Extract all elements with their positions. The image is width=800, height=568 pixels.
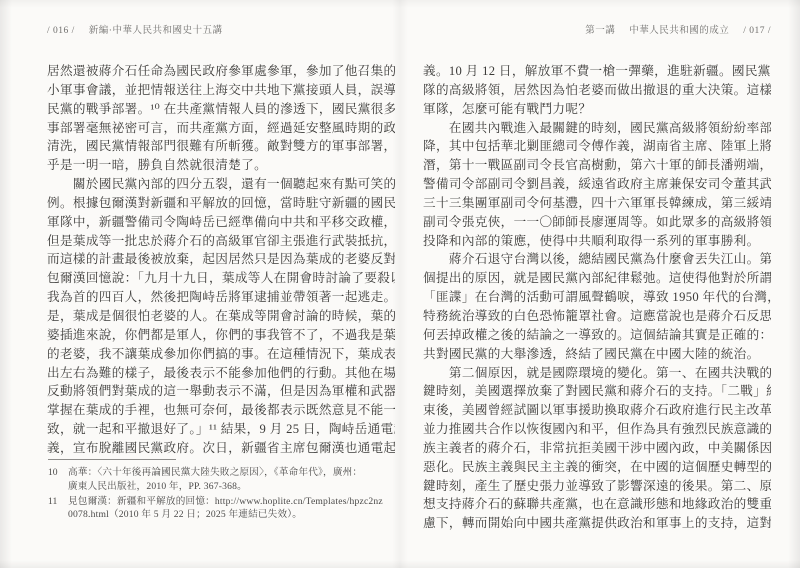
text-line: 蔣介石退守台灣以後，總結國民黨為什麼會丟失江山。第一 — [423, 250, 771, 269]
text-line: 小軍事會議，並把情報送往上海交中共地下黨接頭人員，誤導國 — [47, 81, 395, 100]
footnote-divider — [48, 459, 176, 460]
text-line: 何丟掉政權之後的結論之一導致的。這個結論其實是正確的：中 — [423, 326, 771, 345]
chapter-title: 中華人民共和國的成立 — [629, 26, 729, 36]
text-line: 居然還被蔣介石任命為國民政府參軍處參軍，參加了他召集的大 — [47, 62, 395, 81]
left-page-number: / 016 / — [47, 26, 75, 36]
footnotes: 10高華：〈六十年後再論國民黨大陸失敗之原因〉，《革命年代》，廣州：廣東人民出版… — [48, 466, 395, 523]
text-line: 掌握在葉成的手裡，也無可奈何，最後都表示既然意見不能一 — [47, 401, 395, 420]
text-line: 副司令張克俠，一一〇師師長廖運周等。如此眾多的高級將領的 — [423, 213, 771, 232]
text-line: 警備司令部副司令劉昌義，綏遠省政府主席兼保安司令董其武，第 — [423, 175, 771, 194]
text-line: 共對國民黨的大舉滲透，終結了國民黨在中國大陸的統治。 — [423, 345, 771, 364]
text-line: 清洗，國民黨情報部門很難有所斬獲。敵對雙方的軍事部署，幾 — [47, 137, 395, 156]
text-line: 族主義者的蔣介石，非常抗拒美國干涉中國內政，中美關係因此 — [423, 439, 771, 458]
chapter-label: 第一講 — [585, 26, 615, 36]
footnote-line: 廣東人民出版社，2010 年，PP. 367-368。 — [68, 480, 395, 494]
text-line: 潛，第十一戰區副司令長官高樹勳，第六十軍的師長潘朔端，淞滬 — [423, 156, 771, 175]
text-line: 但是葉成等一批忠於蔣介石的高級軍官卻主張進行武裝抵抗，然 — [47, 232, 395, 251]
book-spread: / 016 /新編·中華人民共和國史十五講 居然還被蔣介石任命為國民政府參軍處參… — [0, 0, 800, 568]
text-line: 的老婆，我不讓葉成參加你們搞的事。在這種情況下，葉成表現 — [47, 345, 395, 364]
text-line: 想支持蔣介石的蘇聯共產黨，也在意識形態和地緣政治的雙重考 — [423, 495, 771, 514]
footnote-text: 見包爾漢：新疆和平解放的回憶：http://www.hoplite.cn/Tem… — [68, 495, 395, 523]
footnote-line: 高華：〈六十年後再論國民黨大陸失敗之原因〉，《革命年代》，廣州： — [68, 466, 395, 480]
footnote: 10高華：〈六十年後再論國民黨大陸失敗之原因〉，《革命年代》，廣州：廣東人民出版… — [48, 466, 395, 494]
footnote-line: 0078.html（2010 年 5 月 22 日；2025 年連結已失效）。 — [68, 508, 395, 522]
text-line: 包爾漢回憶說：「九月十九日，葉成等人在開會時討論了要殺以 — [47, 269, 395, 288]
book-title: 新編·中華人民共和國史十五講 — [89, 26, 223, 36]
text-line: 第二個原因，就是國際環境的變化。第一、在國共決戰的關 — [423, 364, 771, 383]
text-line: 義，宣布脫離國民黨政府。次日，新疆省主席包爾漢也通電起 — [47, 439, 395, 458]
text-line: 是，葉成是個很怕老婆的人。在葉成等開會討論的時候，葉的老 — [47, 307, 395, 326]
text-line: 個提出的原因，就是國民黨內部紀律鬆弛。這使得他對於所謂 — [423, 269, 771, 288]
text-line: 特務統治導致的白色恐怖籠罩社會。這應當說也是蔣介石反思為 — [423, 307, 771, 326]
text-line: 在國共內戰進入最關鍵的時刻，國民黨高級將領紛紛率部投 — [423, 119, 771, 138]
text-line: 隊的高級將領，居然因為怕老婆而做出撤退的重大決策。這樣的 — [423, 81, 771, 100]
text-line: 例。根據包爾漢對新疆和平解放的回憶，當時駐守新疆的國民黨 — [47, 194, 395, 213]
footnote-number: 11 — [48, 495, 68, 523]
footnote-line: 見包爾漢：新疆和平解放的回憶：http://www.hoplite.cn/Tem… — [68, 495, 395, 509]
text-line: 「匪諜」在台灣的活動可謂風聲鶴唳，導致 1950 年代的台灣， — [423, 288, 771, 307]
footnote-text: 高華：〈六十年後再論國民黨大陸失敗之原因〉，《革命年代》，廣州：廣東人民出版社，… — [68, 466, 395, 494]
right-running-head: 第一講中華人民共和國的成立/ 017 / — [423, 22, 771, 36]
footnote-number: 10 — [48, 466, 68, 494]
footnote: 11見包爾漢：新疆和平解放的回憶：http://www.hoplite.cn/T… — [48, 495, 395, 523]
text-line: 而這樣的計畫最後被放棄，起因居然只是因為葉成的老婆反對！ — [47, 250, 395, 269]
text-line: 關於國民黨內部的四分五裂，還有一個聽起來有點可笑的案 — [47, 175, 395, 194]
text-line: 鍵時刻，產生了歷史張力並導致了影響深遠的後果。第二、原本 — [423, 477, 771, 496]
text-line: 致，就一起和平撤退好了。」¹¹ 結果，9 月 25 日，陶峙岳通電起 — [47, 420, 395, 439]
right-page-number: / 017 / — [743, 26, 771, 36]
left-page: / 016 /新編·中華人民共和國史十五講 居然還被蔣介石任命為國民政府參軍處參… — [47, 0, 395, 568]
text-line: 束後，美國曾經試圖以軍事援助換取蔣介石政府進行民主改革， — [423, 401, 771, 420]
text-line: 鍵時刻，美國選擇放棄了對國民黨和蔣介石的支持。「二戰」結 — [423, 382, 771, 401]
text-line: 出左右為難的樣子，最後表示不能參加他們的行動。其他在場的 — [47, 364, 395, 383]
text-line: 民黨的戰爭部署。¹⁰ 在共產黨情報人員的滲透下，國民黨很多軍 — [47, 100, 395, 119]
text-line: 投降和內部的策應，使得中共順利取得一系列的軍事勝利。 — [423, 232, 771, 251]
text-line: 婆插進來說，你們都是軍人，你們的事我管不了，不過我是葉成 — [47, 326, 395, 345]
text-line: 慮下，轉而開始向中國共產黨提供政治和軍事上的支持，這對於 — [423, 514, 771, 533]
text-line: 並力推國共合作以恢復國內和平，但作為具有強烈民族意識的民 — [423, 420, 771, 439]
text-line: 軍隊，怎麼可能有戰鬥力呢？ — [423, 100, 771, 119]
right-body-text: 義。10 月 12 日，解放軍不費一槍一彈藥，進駐新疆。國民黨軍隊的高級將領，居… — [423, 62, 771, 533]
text-line: 事部署毫無祕密可言，而共產黨方面，經過延安整風時期的政治 — [47, 119, 395, 138]
left-running-head: / 016 /新編·中華人民共和國史十五講 — [47, 22, 395, 36]
left-body-text: 居然還被蔣介石任命為國民政府參軍處參軍，參加了他召集的大小軍事會議，並把情報送往… — [47, 62, 395, 458]
text-line: 乎是一明一暗，勝負自然就很清楚了。 — [47, 156, 395, 175]
text-line: 降，其中包括華北剿匪總司令傅作義，湖南省主席、陸軍上將程 — [423, 137, 771, 156]
right-page: 第一講中華人民共和國的成立/ 017 / 義。10 月 12 日，解放軍不費一槍… — [423, 0, 771, 568]
text-line: 我為首的四百人，然後把陶峙岳將軍逮捕並帶領著一起逃走。但 — [47, 288, 395, 307]
text-line: 反動將領們對葉成的這一舉動表示不滿，但是因為軍權和武器都 — [47, 382, 395, 401]
text-line: 三十三集團軍副司令何基灃，四十六軍軍長韓練成，第三綏靖區 — [423, 194, 771, 213]
text-line: 軍隊中，新疆警備司令陶峙岳已經準備向中共和平移交政權， — [47, 213, 395, 232]
text-line: 惡化。民族主義與民主主義的衝突，在中國的這個歷史轉型的關 — [423, 458, 771, 477]
text-line: 義。10 月 12 日，解放軍不費一槍一彈藥，進駐新疆。國民黨軍 — [423, 62, 771, 81]
